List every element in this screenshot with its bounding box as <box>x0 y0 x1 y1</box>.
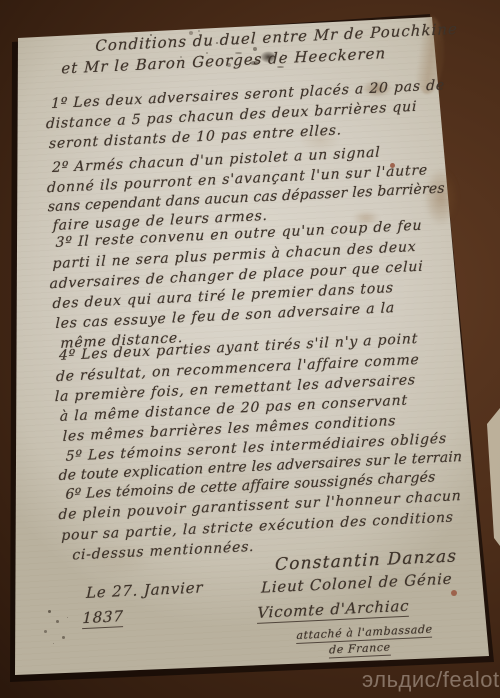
date-line-1: Le 27. Janvier <box>86 578 204 602</box>
signature-archiac-name: Vicomte d'Archiac <box>257 597 410 624</box>
clause-6-line-4: ci-dessus mentionnées. <box>72 539 254 564</box>
photo-of-manuscript: Conditions du duel entre Mr de Pouchkine… <box>0 0 500 698</box>
watermark-text: эльдис/fealot <box>362 667 500 693</box>
signature-archiac-line-3: de France <box>329 641 391 659</box>
spots-bottom-left <box>48 610 51 613</box>
handwritten-text: Conditions du duel entre Mr de Pouchkine… <box>28 19 500 680</box>
date-line-2: 1837 <box>82 607 124 629</box>
